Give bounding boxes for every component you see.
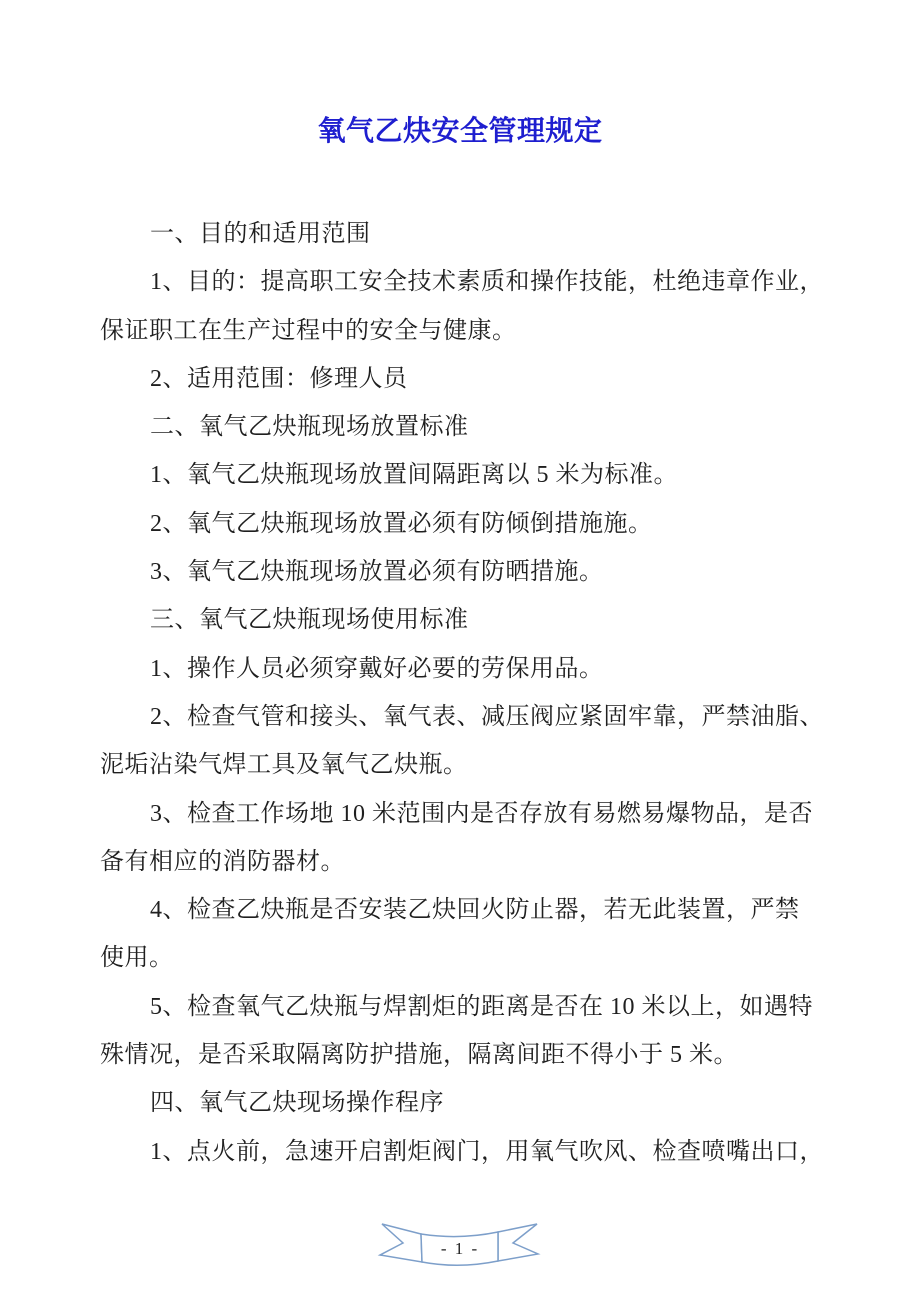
body-line: 1、氧气乙炔瓶现场放置间隔距离以 5 米为标准。 bbox=[100, 451, 840, 499]
body-line: 2、氧气乙炔瓶现场放置必须有防倾倒措施施。 bbox=[100, 500, 840, 548]
body-line: 2、检查气管和接头、氧气表、减压阀应紧固牢靠，严禁油脂、 bbox=[100, 693, 840, 741]
body-line: 四、氧气乙炔现场操作程序 bbox=[100, 1079, 840, 1127]
document-page: 氧气乙炔安全管理规定 一、目的和适用范围1、目的：提高职工安全技术素质和操作技能… bbox=[0, 0, 920, 1302]
body-line: 3、氧气乙炔瓶现场放置必须有防晒措施。 bbox=[100, 548, 840, 596]
body-line: 一、目的和适用范围 bbox=[100, 210, 840, 258]
document-body: 一、目的和适用范围1、目的：提高职工安全技术素质和操作技能，杜绝违章作业，保证职… bbox=[100, 210, 840, 1176]
page-number: - 1 - bbox=[414, 1236, 506, 1262]
body-line: 3、检查工作场地 10 米范围内是否存放有易燃易爆物品，是否 bbox=[100, 790, 840, 838]
body-line: 4、检查乙炔瓶是否安装乙炔回火防止器，若无此装置，严禁 bbox=[100, 886, 840, 934]
body-line: 泥垢沾染气焊工具及氧气乙炔瓶。 bbox=[100, 741, 840, 789]
body-line: 三、氧气乙炔瓶现场使用标准 bbox=[100, 596, 840, 644]
page-title: 氧气乙炔安全管理规定 bbox=[0, 112, 920, 150]
body-line: 二、氧气乙炔瓶现场放置标准 bbox=[100, 403, 840, 451]
body-line: 使用。 bbox=[100, 934, 840, 982]
body-line: 1、目的：提高职工安全技术素质和操作技能，杜绝违章作业， bbox=[100, 258, 840, 306]
body-line: 1、操作人员必须穿戴好必要的劳保用品。 bbox=[100, 645, 840, 693]
body-line: 保证职工在生产过程中的安全与健康。 bbox=[100, 307, 840, 355]
body-line: 2、适用范围：修理人员 bbox=[100, 355, 840, 403]
body-line: 1、点火前，急速开启割炬阀门，用氧气吹风、检查喷嘴出口， bbox=[100, 1128, 840, 1176]
body-line: 备有相应的消防器材。 bbox=[100, 838, 840, 886]
body-line: 5、检查氧气乙炔瓶与焊割炬的距离是否在 10 米以上，如遇特 bbox=[100, 983, 840, 1031]
body-line: 殊情况，是否采取隔离防护措施，隔离间距不得小于 5 米。 bbox=[100, 1031, 840, 1079]
